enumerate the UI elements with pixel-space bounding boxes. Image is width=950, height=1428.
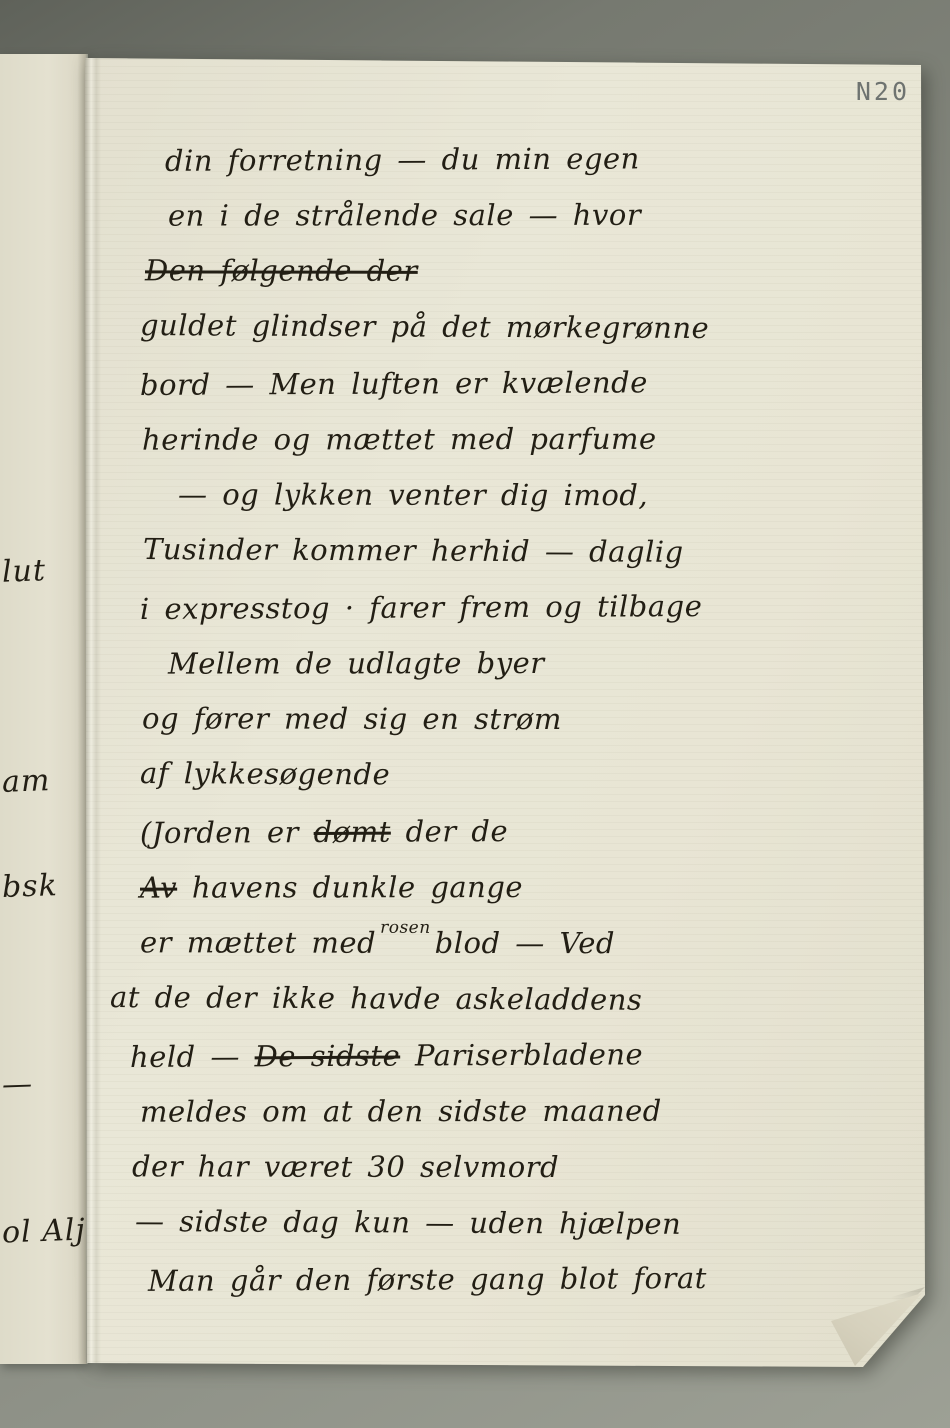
handwritten-text: — sidste dag kun — uden hjælpen: [135, 1204, 681, 1241]
manuscript-line: Man går den første gang blot forat: [148, 1249, 885, 1309]
handwritten-text: din forretning — du min egen: [165, 141, 640, 177]
handwritten-text: at de der ikke havde askeladdens: [110, 980, 643, 1017]
inserted-text: rosen: [380, 918, 431, 938]
manuscript-line: af lykkesøgende: [140, 745, 885, 805]
handwritten-text: en i de strålende sale — hvor: [168, 198, 641, 233]
handwritten-text: — og lykken venter dig imod,: [178, 477, 648, 512]
struck-text: Av: [140, 871, 177, 905]
handwritten-text: havens dunkle gange: [177, 870, 523, 905]
handwritten-text: i expresstog · farer frem og tilbage: [140, 589, 702, 626]
manuscript-text: din forretning — du min egenen i de strå…: [140, 131, 885, 1307]
handwritten-text: af lykkesøgende: [140, 756, 390, 791]
handwritten-text: Tusinder kommer herhid — daglig: [143, 532, 684, 569]
handwritten-text: meldes om at den sidste maaned: [140, 1094, 662, 1129]
manuscript-page: N20 din forretning — du min egenen i de …: [85, 55, 926, 1369]
handwritten-text: (Jorden er: [140, 815, 314, 850]
manuscript-line: held — De sidste Pariserbladene: [130, 1025, 885, 1085]
handwritten-text: held —: [130, 1039, 255, 1074]
manuscript-line: i expresstog · farer frem og tilbage: [140, 577, 885, 637]
handwritten-text: guldet glindser på det mørkegrønne: [140, 308, 709, 345]
manuscript-line: Av havens dunkle gange: [140, 858, 885, 915]
manuscript-line: Tusinder kommer herhid — daglig: [143, 521, 885, 581]
handwritten-text: er mættet med: [140, 925, 376, 959]
manuscript-line: meldes om at den sidste maaned: [140, 1082, 885, 1139]
struck-text: De sidste: [255, 1039, 401, 1074]
previous-page-text-fragment: am: [1, 763, 51, 800]
handwritten-text: bord — Men luften er kvælende: [140, 365, 648, 402]
previous-page-text-fragment: ol Alj: [1, 1213, 86, 1251]
handwritten-text: og fører med sig en strøm: [142, 701, 562, 736]
previous-page-edge: lutambsk—ol Alj: [0, 54, 88, 1364]
handwritten-text: herinde og mættet med parfume: [142, 422, 657, 457]
previous-page-text-fragment: —: [1, 1066, 33, 1102]
photo-background: { "colors":{ "background":"#84877d", "pa…: [0, 0, 950, 1428]
handwritten-text: blod — Ved: [435, 926, 615, 960]
manuscript-line: og fører med sig en strøm: [142, 690, 885, 747]
page-number-label: N20: [856, 77, 910, 106]
handwritten-text: Pariserbladene: [400, 1037, 643, 1072]
manuscript-line: er mættet medrosenblod — Ved: [140, 914, 885, 971]
manuscript-line: guldet glindser på det mørkegrønne: [140, 297, 885, 357]
struck-text: dømt: [314, 815, 391, 849]
manuscript-line: Den følgende der: [145, 242, 885, 299]
manuscript-line: der har været 30 selvmord: [132, 1138, 885, 1195]
handwritten-text: Man går den første gang blot forat: [148, 1261, 707, 1298]
manuscript-line: en i de strålende sale — hvor: [168, 186, 885, 243]
manuscript-line: at de der ikke havde askeladdens: [110, 969, 885, 1029]
handwritten-text: der de: [391, 814, 508, 849]
struck-text: Den følgende der: [145, 253, 418, 287]
manuscript-page-wrap: N20 din forretning — du min egenen i de …: [85, 55, 926, 1369]
previous-page-text-fragment: bsk: [1, 868, 58, 905]
manuscript-line: bord — Men luften er kvælende: [140, 353, 885, 413]
manuscript-line: din forretning — du min egen: [165, 129, 885, 189]
manuscript-line: Mellem de udlagte byer: [168, 634, 885, 691]
manuscript-line: — sidste dag kun — uden hjælpen: [135, 1193, 885, 1253]
previous-page-text-fragment: lut: [1, 553, 46, 590]
manuscript-line: (Jorden er dømt der de: [140, 801, 885, 861]
fold-crease: [85, 55, 101, 1369]
manuscript-line: herinde og mættet med parfume: [142, 410, 885, 467]
handwritten-text: Mellem de udlagte byer: [168, 646, 545, 681]
handwritten-text: der har været 30 selvmord: [132, 1149, 559, 1184]
manuscript-line: — og lykken venter dig imod,: [178, 466, 885, 523]
